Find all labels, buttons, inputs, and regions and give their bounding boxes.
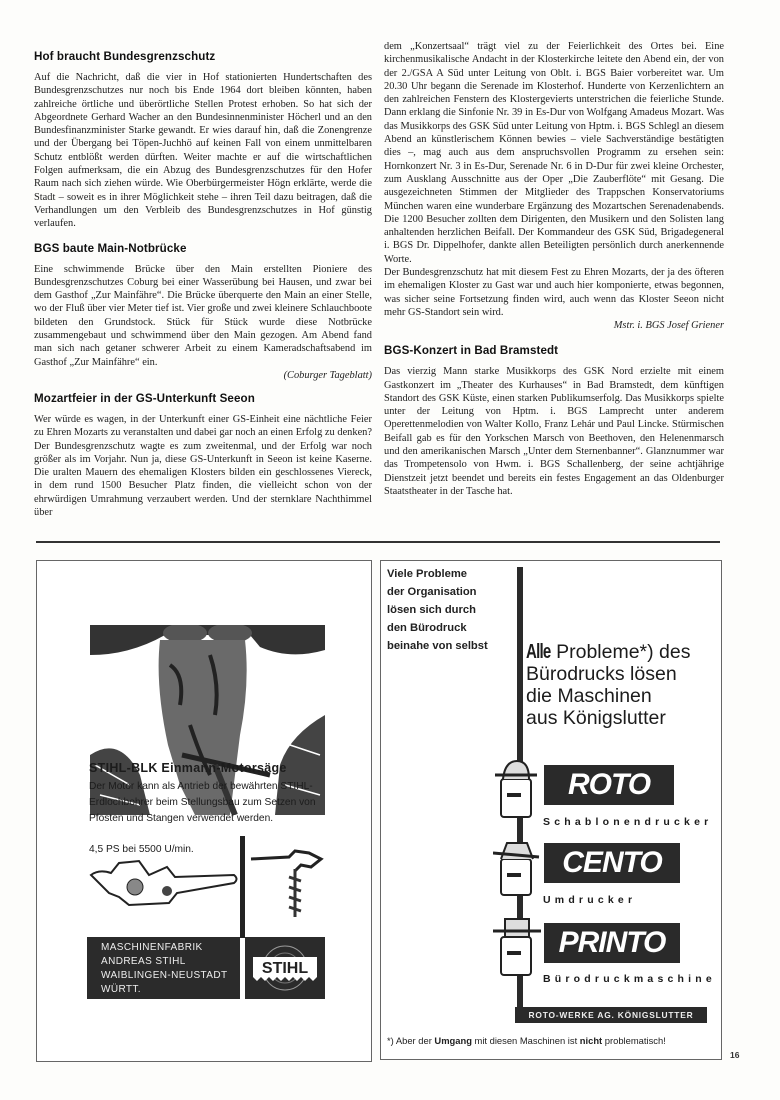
manufacturer-address: MASCHINENFABRIK ANDREAS STIHL WAIBLINGEN… <box>87 937 240 999</box>
stihl-logo: STIHL <box>245 937 325 999</box>
right-column: dem „Konzertsaal“ trägt viel zu der Feie… <box>384 40 724 498</box>
ad-divider-bar <box>240 836 245 938</box>
article-body-continued: dem „Konzertsaal“ trägt viel zu der Feie… <box>384 40 724 266</box>
chainsaw-icon <box>89 853 239 913</box>
ad-intro-text: Viele Probleme der Organisation lösen si… <box>387 565 488 655</box>
stihl-logo-icon: STIHL <box>245 937 325 999</box>
duplicator-machine-icon <box>493 757 541 819</box>
roto-product-type: Schablonendrucker <box>543 816 712 828</box>
roto-werke-advertisement: Viele Probleme der Organisation lösen si… <box>380 560 722 1060</box>
article-title: BGS-Konzert in Bad Bramstedt <box>384 344 724 357</box>
earth-auger-icon <box>249 849 325 919</box>
office-printing-machine-icon <box>493 915 541 977</box>
ad-headline: Alle Probleme*) des Bürodrucks lösen die… <box>526 641 691 729</box>
printo-product-type: Bürodruckmaschine <box>543 973 716 985</box>
ad-footnote: *) Aber der Umgang mit diesen Maschinen … <box>387 1035 666 1046</box>
roto-brand: ROTO <box>544 765 674 805</box>
stihl-product-title: STIHL-BLK Einmann-Motorsäge <box>89 761 287 775</box>
article-title: BGS baute Main-Notbrücke <box>34 242 372 255</box>
svg-text:STIHL: STIHL <box>262 960 308 977</box>
cento-brand: CENTO <box>544 843 680 883</box>
article-body-continued: Der Bundesgrenzschutz hat mit diesem Fes… <box>384 266 724 319</box>
article-author: Mstr. i. BGS Josef Griener <box>384 319 724 332</box>
article-title: Mozartfeier in der GS-Unterkunft Seeon <box>34 392 372 405</box>
stihl-product-description: Der Motor kann als Antrieb der bewährten… <box>89 779 329 827</box>
left-column: Hof braucht Bundesgrenzschutz Auf die Na… <box>34 50 372 519</box>
stihl-advertisement: STIHL-BLK Einmann-Motorsäge Der Motor ka… <box>36 560 372 1062</box>
spirit-duplicator-icon <box>493 835 541 897</box>
section-divider <box>36 541 720 543</box>
article-body: Das vierzig Mann starke Musikkorps des G… <box>384 365 724 498</box>
company-name-bar: ROTO-WERKE AG. KÖNIGSLUTTER <box>515 1007 707 1023</box>
printo-brand: PRINTO <box>544 923 680 963</box>
article-body: Eine schwimmende Brücke über den Main er… <box>34 263 372 369</box>
article-source: (Coburger Tageblatt) <box>34 369 372 382</box>
article-body: Wer würde es wagen, in der Unterkunft ei… <box>34 413 372 519</box>
article-body: Auf die Nachricht, daß die vier in Hof s… <box>34 71 372 231</box>
article-title: Hof braucht Bundesgrenzschutz <box>34 50 372 63</box>
page-number: 16 <box>730 1050 739 1060</box>
cento-product-type: Umdrucker <box>543 894 636 906</box>
